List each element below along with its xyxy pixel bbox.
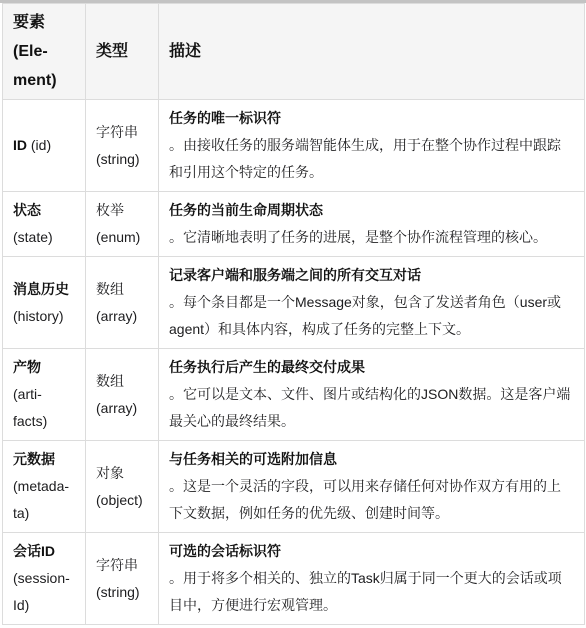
description-cell: 与任务相关的可选附加信息。这是一个灵活的字段，可以用来存储任何对协作双方有用的上… [159,441,585,533]
element-subname: (id) [27,137,51,153]
description-body: 。每个条目都是一个Message对象，包含了发送者角色（user或agent）和… [169,289,574,343]
element-name: 状态 [13,202,41,218]
type-cell: 字符串 (string) [86,533,159,625]
element-name: 会话ID [13,543,55,559]
description-title: 任务执行后产生的最终交付成果 [169,354,574,381]
description-body: 。它清晰地表明了任务的进展，是整个协作流程管理的核心。 [169,224,574,251]
table-row: ID (id)字符串 (string)任务的唯一标识符。由接收任务的服务端智能体… [3,100,585,192]
description-title: 任务的唯一标识符 [169,105,574,132]
description-cell: 任务执行后产生的最终交付成果。它可以是文本、文件、图片或结构化的JSON数据。这… [159,349,585,441]
header-type: 类型 [86,4,159,100]
element-cell: ID (id) [3,100,86,192]
header-element: 要素 (Ele- ment) [3,4,86,100]
table-row: 消息历史 (history)数组 (array)记录客户端和服务端之间的所有交互… [3,257,585,349]
element-cell: 元数据 (metada- ta) [3,441,86,533]
table-body: ID (id)字符串 (string)任务的唯一标识符。由接收任务的服务端智能体… [3,100,585,625]
task-elements-table: 要素 (Ele- ment) 类型 描述 ID (id)字符串 (string)… [2,3,585,625]
description-title: 可选的会话标识符 [169,538,574,565]
element-subname: (session- Id) [13,570,70,613]
element-cell: 状态 (state) [3,192,86,257]
table-header-row: 要素 (Ele- ment) 类型 描述 [3,4,585,100]
type-cell: 数组 (array) [86,349,159,441]
type-cell: 枚举 (enum) [86,192,159,257]
element-subname: (state) [13,229,53,245]
description-title: 任务的当前生命周期状态 [169,197,574,224]
element-name: 元数据 [13,451,55,467]
description-cell: 记录客户端和服务端之间的所有交互对话。每个条目都是一个Message对象，包含了… [159,257,585,349]
type-cell: 字符串 (string) [86,100,159,192]
element-subname: (arti- facts) [13,386,47,429]
table-row: 会话ID (session- Id)字符串 (string)可选的会话标识符。用… [3,533,585,625]
description-cell: 可选的会话标识符。用于将多个相关的、独立的Task归属于同一个更大的会话或项目中… [159,533,585,625]
element-subname: (history) [13,308,64,324]
description-cell: 任务的唯一标识符。由接收任务的服务端智能体生成，用于在整个协作过程中跟踪和引用这… [159,100,585,192]
description-title: 记录客户端和服务端之间的所有交互对话 [169,262,574,289]
description-body: 。这是一个灵活的字段，可以用来存储任何对协作双方有用的上下文数据，例如任务的优先… [169,473,574,527]
header-description: 描述 [159,4,585,100]
description-body: 。由接收任务的服务端智能体生成，用于在整个协作过程中跟踪和引用这个特定的任务。 [169,132,574,186]
table-row: 元数据 (metada- ta)对象 (object)与任务相关的可选附加信息。… [3,441,585,533]
element-cell: 产物 (arti- facts) [3,349,86,441]
element-name: 产物 [13,359,41,375]
description-body: 。它可以是文本、文件、图片或结构化的JSON数据。这是客户端最关心的最终结果。 [169,381,574,435]
element-cell: 会话ID (session- Id) [3,533,86,625]
type-cell: 对象 (object) [86,441,159,533]
element-name: 消息历史 [13,281,69,297]
table-row: 状态 (state)枚举 (enum)任务的当前生命周期状态。它清晰地表明了任务… [3,192,585,257]
type-cell: 数组 (array) [86,257,159,349]
table-row: 产物 (arti- facts)数组 (array)任务执行后产生的最终交付成果… [3,349,585,441]
description-title: 与任务相关的可选附加信息 [169,446,574,473]
description-body: 。用于将多个相关的、独立的Task归属于同一个更大的会话或项目中，方便进行宏观管… [169,565,574,619]
element-name: ID [13,137,27,153]
description-cell: 任务的当前生命周期状态。它清晰地表明了任务的进展，是整个协作流程管理的核心。 [159,192,585,257]
element-subname: (metada- ta) [13,478,69,521]
element-cell: 消息历史 (history) [3,257,86,349]
